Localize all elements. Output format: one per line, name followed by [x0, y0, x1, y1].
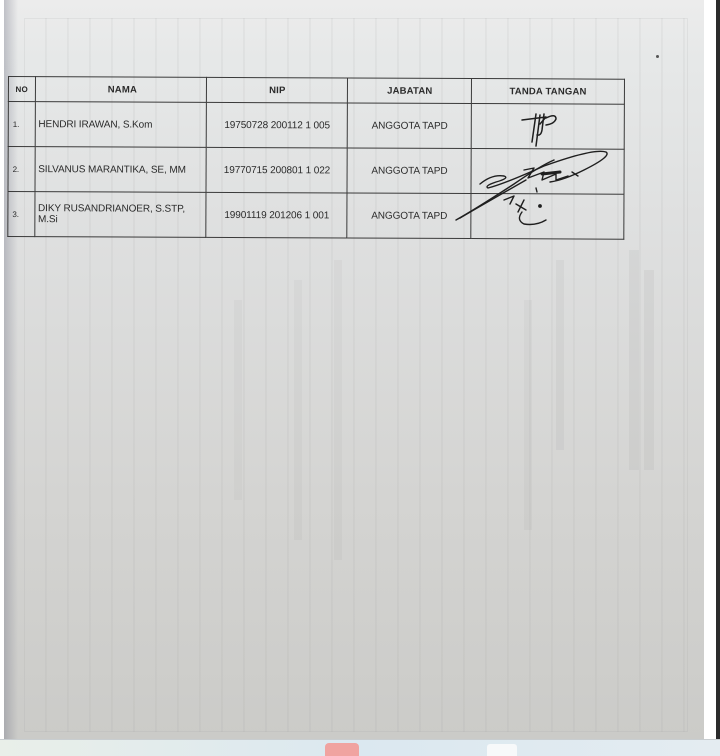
show-through-text — [644, 270, 654, 470]
column-header-nip: NIP — [207, 77, 348, 103]
signature-table: NO NAMA NIP JABATAN TANDA TANGAN 1. HEND… — [7, 76, 625, 240]
row-number: 3. — [8, 192, 35, 237]
show-through-text — [334, 260, 342, 560]
member-name: DIKY RUSANDRIANOER, S.STP, M.Si — [34, 192, 206, 238]
paper-speck — [656, 55, 659, 58]
show-through-text — [294, 280, 302, 540]
member-jabatan: ANGGOTA TAPD — [347, 193, 471, 239]
viewer-edge — [716, 0, 720, 740]
taskbar-item-highlight[interactable] — [325, 743, 359, 756]
show-through-text — [524, 300, 532, 530]
column-header-nama: NAMA — [35, 77, 207, 103]
table-row: 2. SILVANUS MARANTIKA, SE, MM 19770715 2… — [8, 147, 624, 195]
show-through-text — [234, 300, 242, 500]
table-row: 3. DIKY RUSANDRIANOER, S.STP, M.Si 19901… — [8, 192, 624, 240]
taskbar-strip — [0, 739, 720, 756]
document-photo: NO NAMA NIP JABATAN TANDA TANGAN 1. HEND… — [4, 0, 704, 740]
member-name: HENDRI IRAWAN, S.Kom — [35, 102, 207, 148]
member-name: SILVANUS MARANTIKA, SE, MM — [35, 147, 207, 193]
column-header-tanda-tangan: TANDA TANGAN — [472, 79, 625, 105]
column-header-jabatan: JABATAN — [348, 78, 472, 104]
member-jabatan: ANGGOTA TAPD — [347, 148, 471, 194]
show-through-text — [556, 260, 564, 450]
signature-cell — [471, 149, 624, 195]
taskbar-item[interactable] — [487, 744, 517, 756]
row-number: 2. — [8, 147, 35, 192]
signature-cell — [471, 104, 624, 150]
member-nip: 19750728 200112 1 005 — [206, 102, 347, 148]
table-row: 1. HENDRI IRAWAN, S.Kom 19750728 200112 … — [8, 102, 624, 150]
image-viewer: NO NAMA NIP JABATAN TANDA TANGAN 1. HEND… — [0, 0, 720, 756]
member-jabatan: ANGGOTA TAPD — [348, 103, 472, 149]
member-nip: 19901119 201206 1 001 — [206, 192, 347, 238]
table-header-row: NO NAMA NIP JABATAN TANDA TANGAN — [8, 77, 624, 105]
show-through-text — [629, 250, 639, 470]
member-nip: 19770715 200801 1 022 — [206, 147, 347, 193]
row-number: 1. — [8, 102, 35, 147]
signature-cell — [471, 194, 624, 240]
column-header-no: NO — [8, 77, 35, 102]
